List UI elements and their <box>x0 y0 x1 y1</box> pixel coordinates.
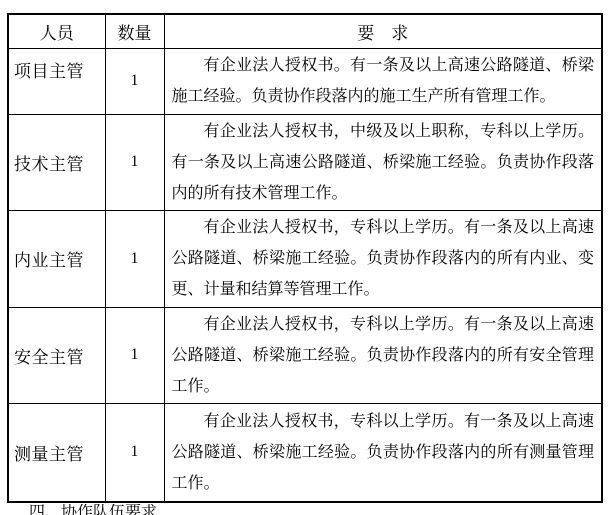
cell-role: 技术主管 <box>8 114 105 210</box>
cell-quantity: 1 <box>105 403 164 502</box>
table-header-row: 人员 数量 要 求 <box>8 14 602 48</box>
header-personnel: 人员 <box>8 14 105 48</box>
table-row: 技术主管 1 有企业法人授权书，中级及以上职称，专科以上学历。有一条及以上高速公… <box>8 114 602 210</box>
cell-role: 安全主管 <box>8 307 105 403</box>
header-quantity: 数量 <box>105 14 164 48</box>
table-row: 安全主管 1 有企业法人授权书，专科以上学历。有一条及以上高速公路隧道、桥梁施工… <box>8 307 602 403</box>
header-requirements: 要 求 <box>164 14 602 48</box>
personnel-requirements-table: 人员 数量 要 求 项目主管 1 有企业法人授权书。有一条及以上高速公路隧道、桥… <box>7 13 603 503</box>
table-row: 项目主管 1 有企业法人授权书。有一条及以上高速公路隧道、桥梁施工经验。负责协作… <box>8 48 602 114</box>
table-row: 测量主管 1 有企业法人授权书，专科以上学历。有一条及以上高速公路隧道、桥梁施工… <box>8 403 602 502</box>
table-row: 内业主管 1 有企业法人授权书，专科以上学历。有一条及以上高速公路隧道、桥梁施工… <box>8 210 602 307</box>
cell-quantity: 1 <box>105 210 164 307</box>
cell-requirement: 有企业法人授权书，专科以上学历。有一条及以上高速公路隧道、桥梁施工经验。负责协作… <box>164 210 602 307</box>
document-page: 人员 数量 要 求 项目主管 1 有企业法人授权书。有一条及以上高速公路隧道、桥… <box>0 0 609 515</box>
cell-requirement: 有企业法人授权书，专科以上学历。有一条及以上高速公路隧道、桥梁施工经验。负责协作… <box>164 403 602 502</box>
cell-requirement: 有企业法人授权书，中级及以上职称，专科以上学历。有一条及以上高速公路隧道、桥梁施… <box>164 114 602 210</box>
cell-requirement: 有企业法人授权书，专科以上学历。有一条及以上高速公路隧道、桥梁施工经验。负责协作… <box>164 307 602 403</box>
cell-role: 测量主管 <box>8 403 105 502</box>
cell-quantity: 1 <box>105 114 164 210</box>
cell-quantity: 1 <box>105 307 164 403</box>
cell-requirement: 有企业法人授权书。有一条及以上高速公路隧道、桥梁施工经验。负责协作段落内的施工生… <box>164 48 602 114</box>
cell-quantity: 1 <box>105 48 164 114</box>
cell-role: 内业主管 <box>8 210 105 307</box>
truncated-bottom-text: 四、协作队伍要求 <box>29 504 209 515</box>
cell-role: 项目主管 <box>8 48 105 114</box>
